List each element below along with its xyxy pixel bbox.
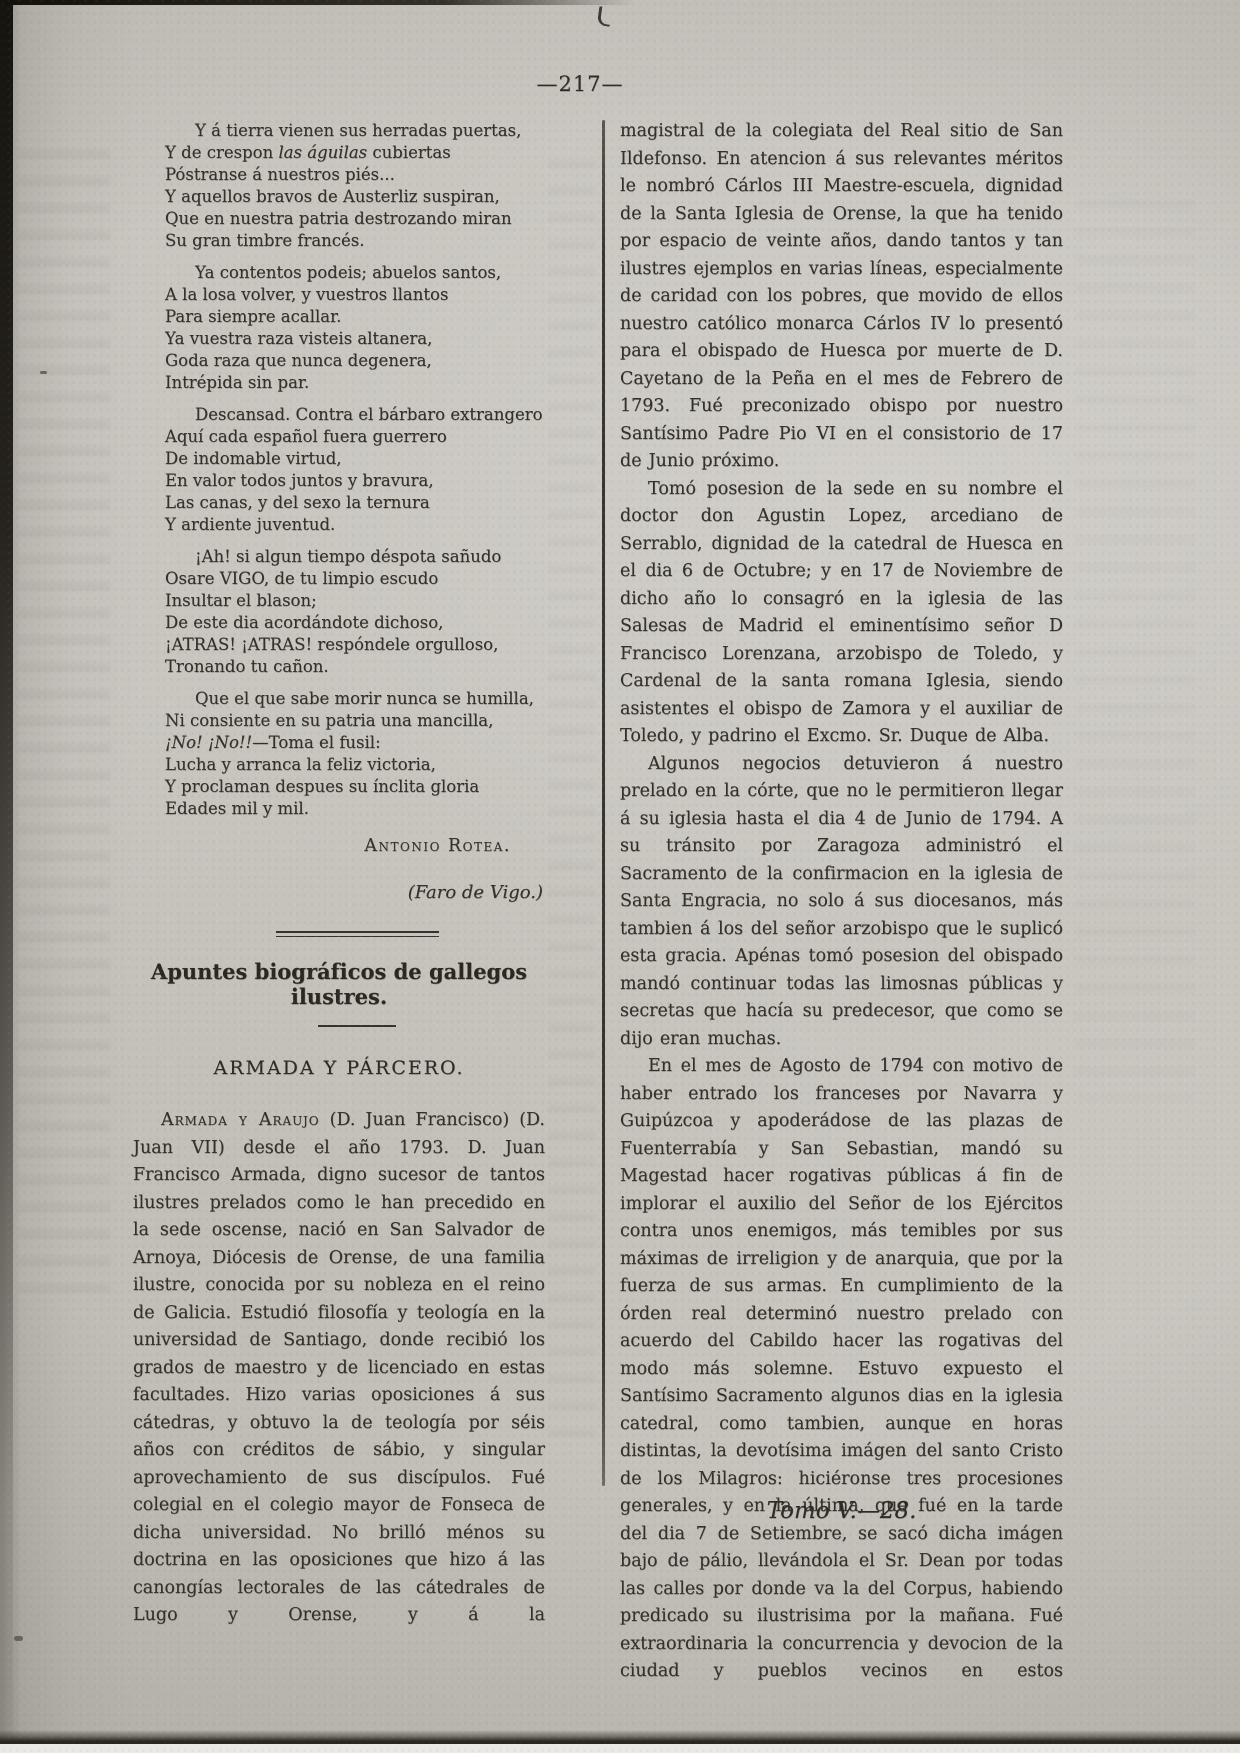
poem-stanza: ¡Ah! si algun tiempo déspota sañudoOsare… (165, 546, 545, 678)
article-title: ARMADA Y PÁRCERO. (133, 1057, 545, 1079)
poem-line: De este dia acordándote dichoso, (165, 612, 545, 634)
small-caps-lead: Armada y Araujo (161, 1110, 320, 1130)
poem-line: Lucha y arranca la feliz victoria, (165, 754, 545, 776)
poem-line: Las canas, y del sexo la ternura (165, 492, 545, 514)
poem-line: Y proclaman despues su ínclita gloria (165, 776, 545, 798)
page-edge-shadow-top (5, 0, 635, 5)
page-edge-shadow-bottom (0, 1730, 1240, 1744)
paragraph: Tomó posesion de la sede en su nombre el… (620, 476, 1063, 751)
poem-line: Ya contentos podeis; abuelos santos, (195, 262, 545, 284)
poem-line: A la losa volver, y vuestros llantos (165, 284, 545, 306)
volume-footer: Tomo V.—28. (620, 1498, 1063, 1524)
poem-line: Póstranse á nuestros piés... (165, 164, 545, 186)
biography-paragraphs: Armada y Araujo (D. Juan Francisco) (D. … (133, 1107, 545, 1630)
poem-line: Su gran timbre francés. (165, 230, 545, 252)
poem-line: Ni consiente en su patria una mancilla, (165, 710, 545, 732)
poem-line: Ya vuestra raza visteis altanera, (165, 328, 545, 350)
poem-line: Goda raza que nunca degenera, (165, 350, 545, 372)
poem-line: Para siempre acallar. (165, 306, 545, 328)
page-number: —217— (470, 72, 690, 96)
poem-line: Y de crespon las águilas cubiertas (165, 142, 545, 164)
ink-speck (14, 1636, 23, 1641)
poem-line: Que el que sabe morir nunca se humilla, (195, 688, 545, 710)
paragraph: Armada y Araujo (D. Juan Francisco) (D. … (133, 1107, 545, 1630)
column-divider-rule (602, 120, 605, 1486)
left-column: Y á tierra vienen sus herradas puertas,Y… (133, 120, 545, 1630)
ink-speck (597, 6, 613, 27)
paragraph: En el mes de Agosto de 1794 con motivo d… (620, 1053, 1063, 1686)
poem-line: Que en nuestra patria destrozando miran (165, 208, 545, 230)
poem-line: Y aquellos bravos de Austerliz suspiran, (165, 186, 545, 208)
poem-line: De indomable virtud, (165, 448, 545, 470)
right-column: magistral de la colegiata del Real sitio… (620, 118, 1063, 1686)
scanned-book-page: —217— Y á tierra vienen sus herradas pue… (0, 0, 1240, 1753)
section-title-underline-rule (318, 1025, 396, 1027)
poem-line: ¡ATRAS! ¡ATRAS! respóndele orgulloso, (165, 634, 545, 656)
poem-line: ¡Ah! si algun tiempo déspota sañudo (195, 546, 545, 568)
poem-line: Aquí cada español fuera guerrero (165, 426, 545, 448)
poem-line: ¡No! ¡No!!—Toma el fusil: (165, 732, 545, 754)
poem-source-citation: (Faro de Vigo.) (133, 882, 545, 903)
poem: Y á tierra vienen sus herradas puertas,Y… (165, 120, 545, 820)
poem-line: Y á tierra vienen sus herradas puertas, (195, 120, 545, 142)
poem-line: Osare VIGO, de tu limpio escudo (165, 568, 545, 590)
ink-speck (40, 371, 47, 374)
poem-stanza: Que el que sabe morir nunca se humilla,N… (165, 688, 545, 820)
bleedthrough-texture-right (1075, 200, 1195, 1100)
poem-stanza: Ya contentos podeis; abuelos santos,A la… (165, 262, 545, 394)
poem-line: Intrépida sin par. (165, 372, 545, 394)
poem-author-signature: Antonio Rotea. (133, 836, 545, 856)
poem-line: Descansad. Contra el bárbaro extrangero (195, 404, 545, 426)
poem-line: Edades mil y mil. (165, 798, 545, 820)
section-divider-double-rule (276, 931, 439, 937)
page-edge-shadow-left (0, 0, 13, 1753)
poem-line: Insultar el blason; (165, 590, 545, 612)
poem-line: En valor todos juntos y bravura, (165, 470, 545, 492)
poem-stanza: Descansad. Contra el bárbaro extrangeroA… (165, 404, 545, 536)
section-title: Apuntes biográficos de gallegos ilustres… (133, 959, 545, 1009)
poem-stanza: Y á tierra vienen sus herradas puertas,Y… (165, 120, 545, 252)
scanner-background-strip (0, 1744, 1240, 1753)
paragraph: magistral de la colegiata del Real sitio… (620, 118, 1063, 476)
bleedthrough-texture-center (548, 160, 596, 1440)
poem-line: Y ardiente juventud. (165, 514, 545, 536)
poem-line: Tronando tu cañon. (165, 656, 545, 678)
bleedthrough-texture-left (18, 150, 110, 1300)
paragraph: Algunos negocios detuvieron á nuestro pr… (620, 751, 1063, 1054)
